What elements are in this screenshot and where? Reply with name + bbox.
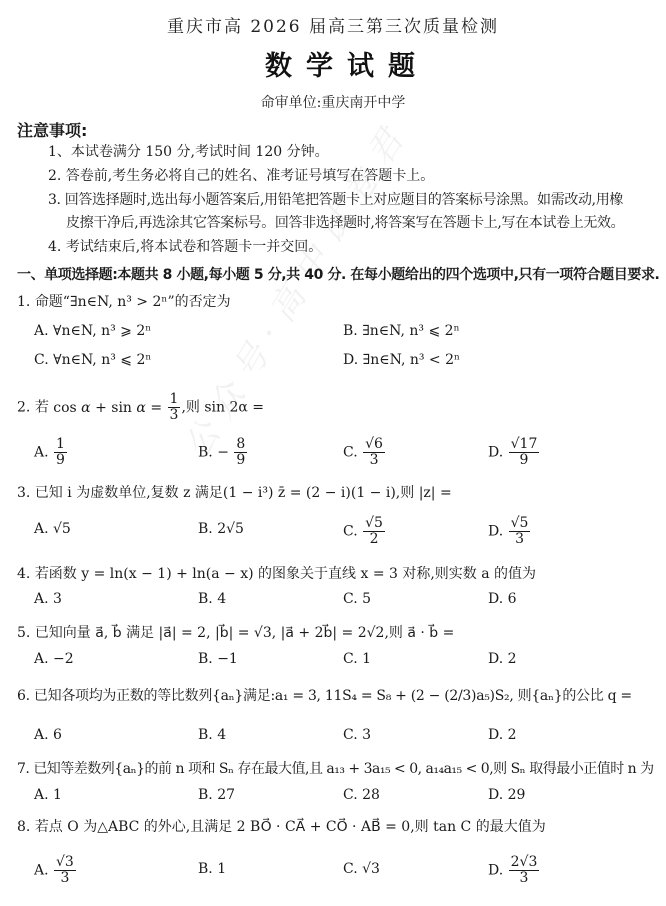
q4-option-d: D. 6 xyxy=(488,591,517,607)
question-number: 6. xyxy=(17,688,30,704)
option-value: √5 xyxy=(53,521,71,537)
denominator: 3 xyxy=(520,871,529,886)
question-stem: 已知向量 a⃗, b⃗ 满足 |a⃗| = 2, |b⃗| = √3, |a⃗ … xyxy=(35,625,455,641)
numerator: √3 xyxy=(54,855,76,871)
q5-option-a: A. −2 xyxy=(34,651,74,667)
question-6: 6. 已知各项均为正数的等比数列{aₙ}满足:a₁ = 3, 11S₄ = S₈… xyxy=(17,685,632,705)
q8-option-d: D. 2√33 xyxy=(488,855,540,886)
q4-option-b: B. 4 xyxy=(198,591,226,607)
q6-option-a: A. 6 xyxy=(34,727,62,743)
denominator: 3 xyxy=(515,532,524,547)
stem-prefix: 命题“ xyxy=(35,294,70,310)
q1-option-d: D. ∃n∈N, n³ < 2ⁿ xyxy=(343,352,460,368)
question-stem: 已知各项均为正数的等比数列{aₙ}满足:a₁ = 3, 11S₄ = S₈ + … xyxy=(34,688,632,704)
q3-option-b: B. 2√5 xyxy=(198,521,244,537)
option-label: D. xyxy=(488,445,503,461)
option-value: 1 xyxy=(217,861,226,877)
section-heading: 一、单项选择题:本题共 8 小题,每小题 5 分,共 40 分. 在每小题给出的… xyxy=(17,264,659,284)
option-label: D. xyxy=(488,863,503,879)
numerator: √5 xyxy=(509,516,531,532)
numerator: √6 xyxy=(363,437,385,453)
option-label: B. xyxy=(198,521,213,537)
stem-math: ∃n∈N, n³ > 2ⁿ xyxy=(70,294,167,310)
q4-option-a: A. 3 xyxy=(34,591,62,607)
q6-option-b: B. 4 xyxy=(198,727,226,743)
question-stem: 已知 i 为虚数单位,复数 z 满足(1 − i³) z̄ = (2 − i)(… xyxy=(35,485,452,501)
q2-option-a: A. 19 xyxy=(34,437,68,468)
question-stem: 若点 O 为△ABC 的外心,且满足 2 BO⃗ · CA⃗ + CO⃗ · A… xyxy=(35,819,546,835)
question-number: 4. xyxy=(17,566,30,582)
question-7: 7. 已知等差数列{aₙ}的前 n 项和 Sₙ 存在最大值,且 a₁₃ + 3a… xyxy=(17,758,654,778)
q2-option-c: C. √63 xyxy=(343,437,386,468)
q6-option-d: D. 2 xyxy=(488,727,517,743)
q2-option-d: D. √179 xyxy=(488,437,540,468)
numerator: √17 xyxy=(509,437,540,453)
q5-option-c: C. 1 xyxy=(343,651,371,667)
question-3: 3. 已知 i 为虚数单位,复数 z 满足(1 − i³) z̄ = (2 − … xyxy=(17,482,452,502)
stem-suffix: ,则 sin 2α = xyxy=(181,400,264,416)
notice-item-3: 3. 回答选择题时,选出每小题答案后,用铅笔把答题卡上对应题目的答案标号涂黑。如… xyxy=(48,190,623,210)
denominator: 2 xyxy=(370,532,379,547)
denominator: 9 xyxy=(520,453,529,468)
q8-option-b: B. 1 xyxy=(198,861,226,877)
question-number: 1. xyxy=(17,294,30,310)
denominator: 3 xyxy=(370,453,379,468)
option-label: A. xyxy=(34,445,49,461)
question-number: 7. xyxy=(17,761,29,777)
question-stem: 若函数 y = ln(x − 1) + ln(a − x) 的图象关于直线 x … xyxy=(35,566,536,582)
question-number: 3. xyxy=(17,485,30,501)
q3-option-a: A. √5 xyxy=(34,521,71,537)
q3-option-c: C. √52 xyxy=(343,516,386,547)
q5-option-d: D. 2 xyxy=(488,651,517,667)
q2-option-b: B. − 89 xyxy=(198,437,248,468)
numerator: 8 xyxy=(234,437,247,453)
q1-option-a: A. ∀n∈N, n³ ⩾ 2ⁿ xyxy=(34,323,151,339)
q5-option-b: B. −1 xyxy=(198,651,238,667)
option-label: B. − xyxy=(198,445,229,461)
notice-item-2: 2. 答卷前,考生务必将自己的姓名、准考证号填写在答题卡上。 xyxy=(48,166,434,186)
denominator: 9 xyxy=(236,453,245,468)
option-label: C. xyxy=(343,861,358,877)
page-title: 数学试题 xyxy=(0,44,666,83)
notice-item-3-cont: 皮擦干净后,再选涂其它答案标号。回答非选择题时,将答案写在答题卡上,写在本试卷上… xyxy=(66,213,624,233)
stem-suffix: ”的否定为 xyxy=(167,294,230,310)
question-number: 2. xyxy=(17,400,30,416)
question-4: 4. 若函数 y = ln(x − 1) + ln(a − x) 的图象关于直线… xyxy=(17,563,536,583)
notice-item-1: 1、本试卷满分 150 分,考试时间 120 分钟。 xyxy=(48,142,329,162)
q4-option-c: C. 5 xyxy=(343,591,371,607)
question-2: 2. 若 cos α + sin α = 13,则 sin 2α = xyxy=(17,392,264,423)
option-label: A. xyxy=(34,521,49,537)
stem-math: cos α + sin α = 13 xyxy=(53,400,181,416)
option-label: B. xyxy=(198,861,213,877)
notice-title: 注意事项: xyxy=(17,118,87,141)
option-value: √3 xyxy=(362,861,380,877)
q1-option-b: B. ∃n∈N, n³ ⩽ 2ⁿ xyxy=(343,323,460,339)
denominator: 3 xyxy=(60,871,69,886)
question-1: 1. 命题“∃n∈N, n³ > 2ⁿ”的否定为 xyxy=(17,291,231,311)
numerator: √5 xyxy=(363,516,385,532)
numerator: 2√3 xyxy=(509,855,540,871)
numerator: 1 xyxy=(54,437,67,453)
option-label: C. xyxy=(343,445,358,461)
option-label: D. xyxy=(488,524,503,540)
q7-option-d: D. 29 xyxy=(488,787,525,803)
question-stem: 已知等差数列{aₙ}的前 n 项和 Sₙ 存在最大值,且 a₁₃ + 3a₁₅ … xyxy=(33,761,653,777)
stem-prefix: 若 xyxy=(35,400,49,416)
question-5: 5. 已知向量 a⃗, b⃗ 满足 |a⃗| = 2, |b⃗| = √3, |… xyxy=(17,622,454,642)
q7-option-b: B. 27 xyxy=(198,787,235,803)
option-label: A. xyxy=(34,863,49,879)
option-value: 2√5 xyxy=(217,521,244,537)
question-8: 8. 若点 O 为△ABC 的外心,且满足 2 BO⃗ · CA⃗ + CO⃗ … xyxy=(17,816,546,836)
q8-option-a: A. √33 xyxy=(34,855,77,886)
q7-option-c: C. 28 xyxy=(343,787,380,803)
q3-option-d: D. √53 xyxy=(488,516,531,547)
q1-option-c: C. ∀n∈N, n³ ⩽ 2ⁿ xyxy=(34,352,151,368)
option-label: C. xyxy=(343,524,358,540)
question-number: 8. xyxy=(17,819,30,835)
denominator: 9 xyxy=(56,453,65,468)
q6-option-c: C. 3 xyxy=(343,727,371,743)
q7-option-a: A. 1 xyxy=(34,787,62,803)
q8-option-c: C. √3 xyxy=(343,861,380,877)
exam-name: 重庆市高 2026 届高三第三次质量检测 xyxy=(0,12,666,37)
setter-unit: 命审单位:重庆南开中学 xyxy=(0,92,666,112)
question-number: 5. xyxy=(17,625,30,641)
notice-item-4: 4. 考试结束后,将本试卷和答题卡一并交回。 xyxy=(48,237,322,257)
